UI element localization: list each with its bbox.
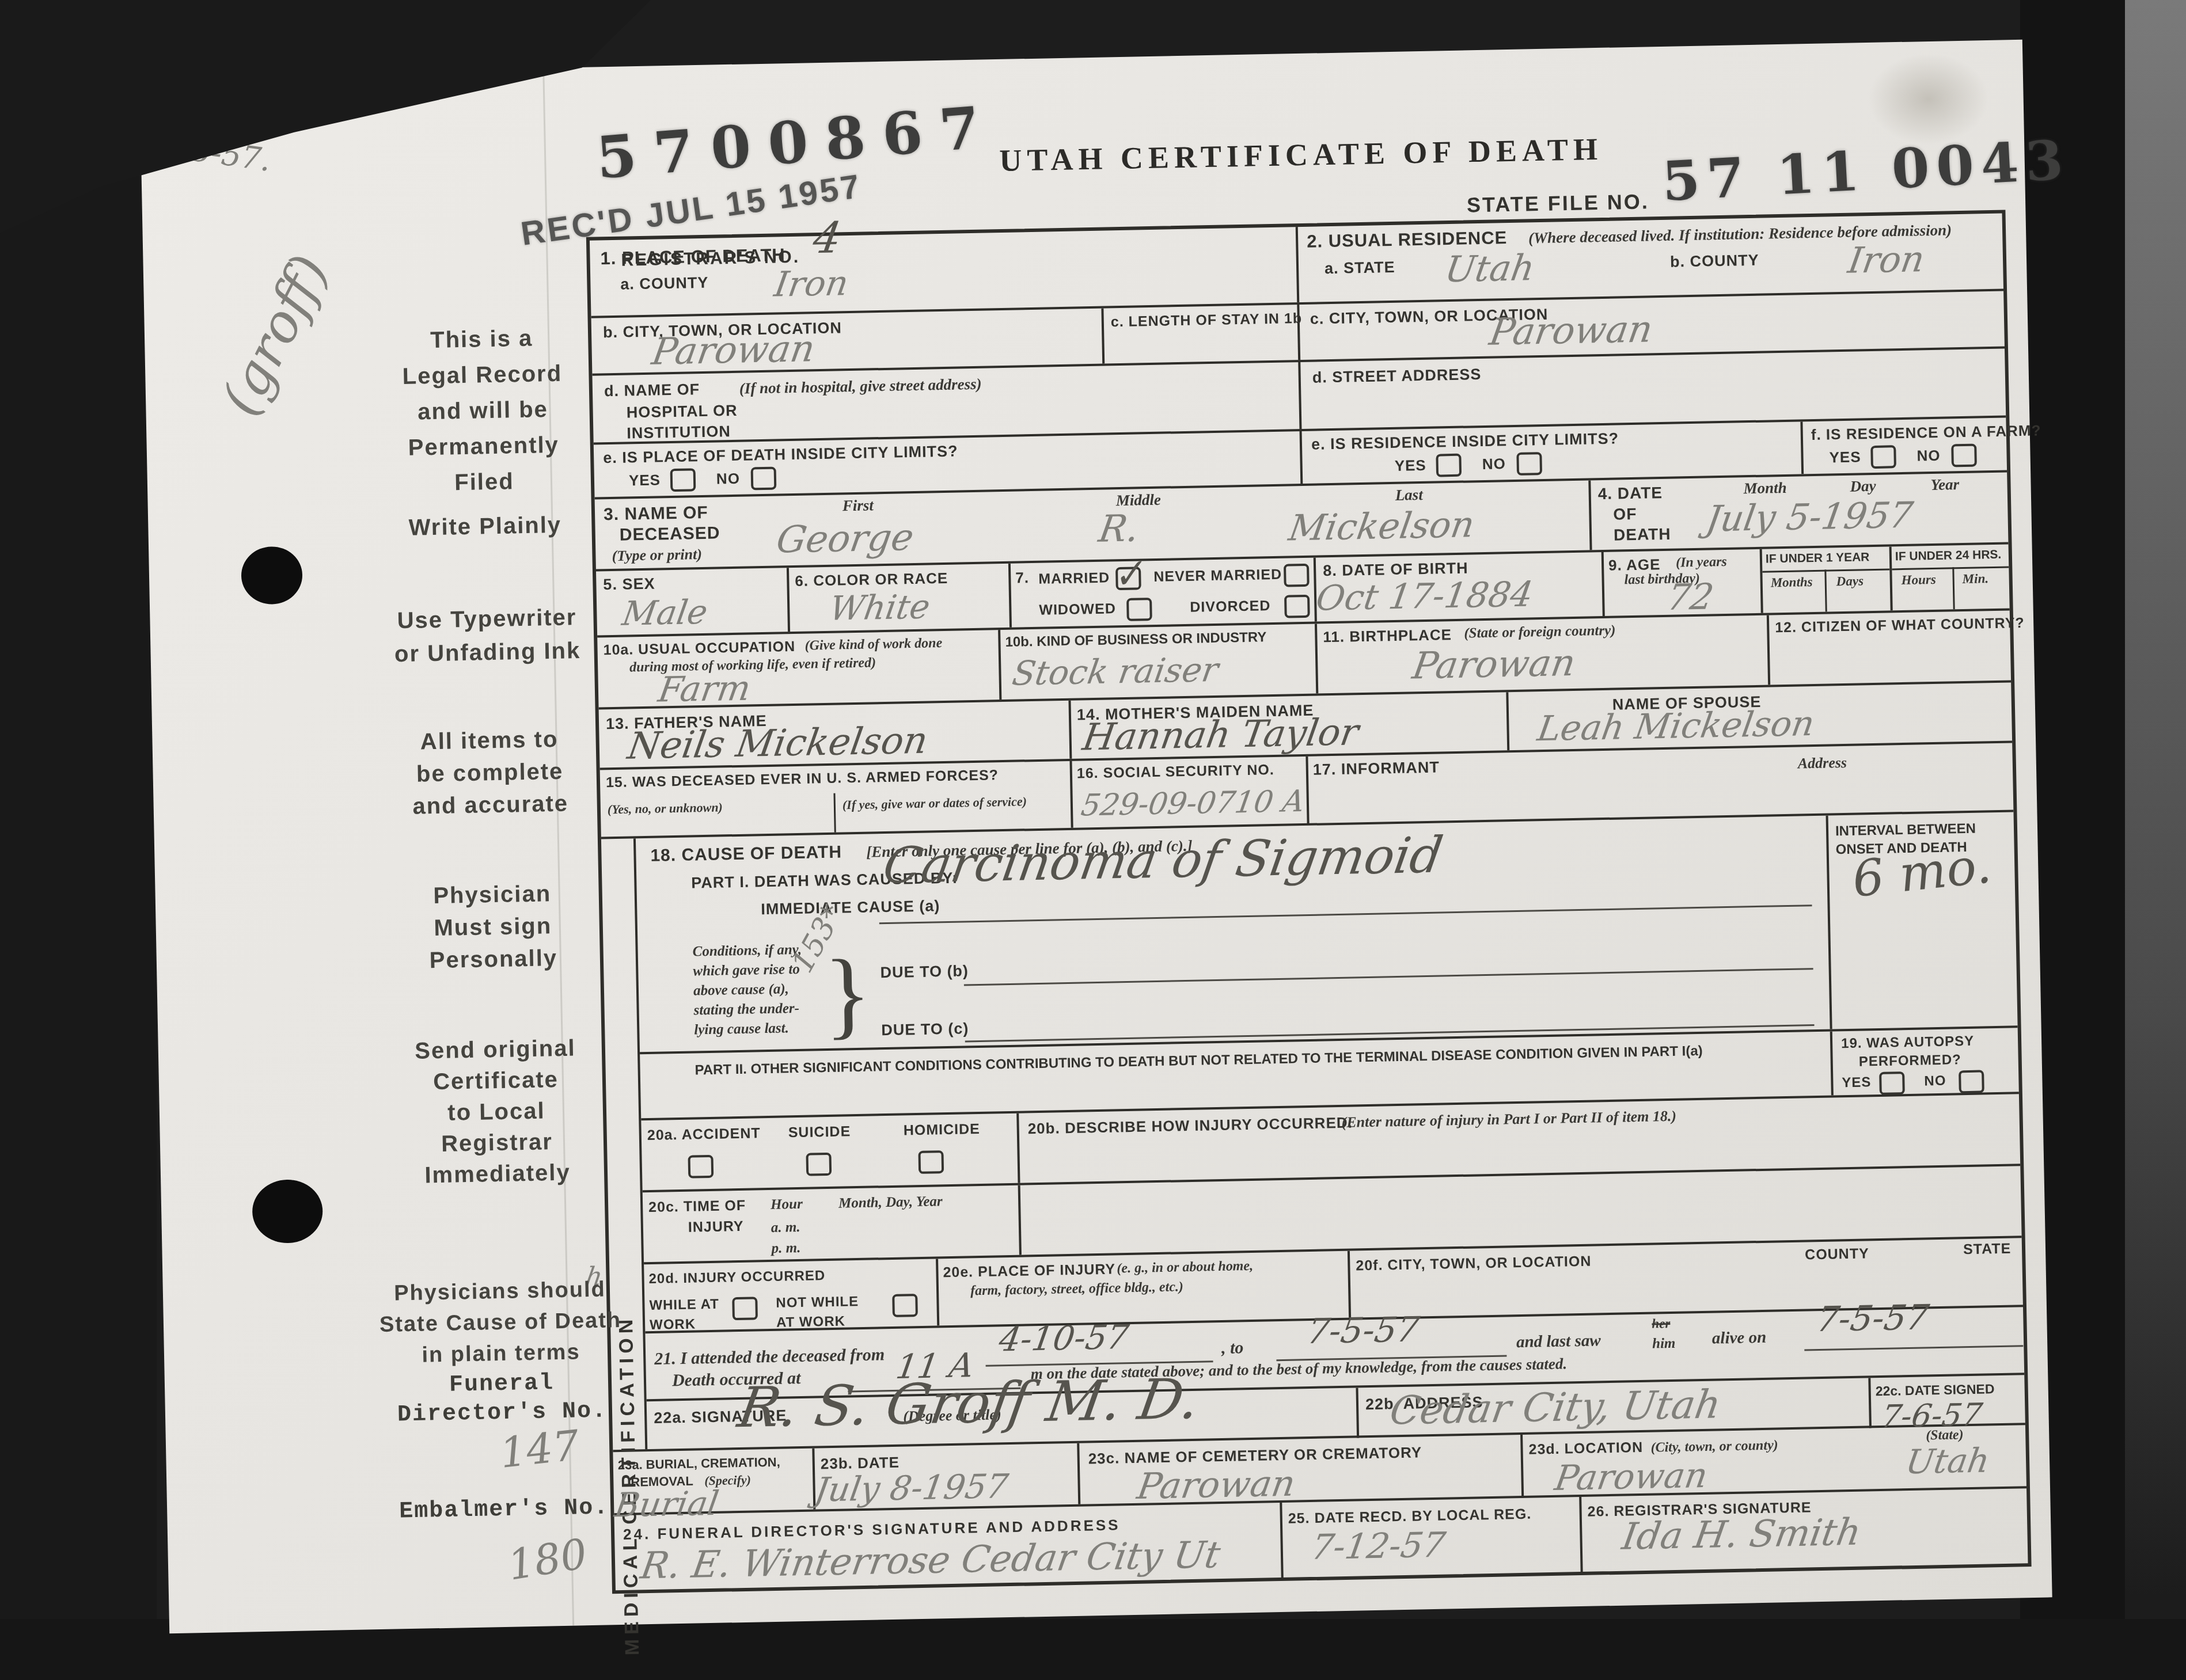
race-value: White	[827, 587, 933, 628]
length-of-stay-label: c. LENGTH OF STAY IN 1b	[1111, 310, 1303, 330]
widowed-checkbox[interactable]	[1126, 598, 1152, 621]
injury-city-label: 20f. CITY, TOWN, OR LOCATION	[1356, 1253, 1592, 1275]
length-of-stay-cell: c. LENGTH OF STAY IN 1b	[1103, 305, 1300, 364]
place-of-death-title: 1. PLACE OF DEATH	[600, 245, 785, 269]
alive-on-value: 7-5-57	[1814, 1297, 1931, 1340]
scan-right-edge-strip	[2125, 0, 2186, 1680]
place-city-cell: b. CITY, TOWN, OR LOCATION Parowan	[591, 309, 1105, 374]
registrar-signature-cell: 26. REGISTRAR'S SIGNATURE Ida H. Smith	[1581, 1488, 2028, 1572]
days-header: Days	[1836, 573, 1864, 589]
margin-write-plainly: Write Plainly	[341, 511, 629, 542]
month-day-year-header: Month, Day, Year	[838, 1194, 943, 1211]
margin-note-doctor: (groff)	[209, 245, 341, 425]
cause-line-a	[879, 904, 1812, 924]
year-header: Year	[1930, 476, 1959, 494]
spouse-cell: NAME OF SPOUSE Leah Mickelson	[1508, 682, 2012, 750]
date-of-death-value: July 5-1957	[1703, 494, 1916, 540]
place-of-injury-label: 20e. PLACE OF INJURY	[943, 1261, 1115, 1281]
cemetery-cell: 23c. NAME OF CEMETERY OR CREMATORY Parow…	[1079, 1435, 1524, 1504]
place-of-injury-note-1: (e. g., in or about home,	[1117, 1259, 1253, 1277]
place-county-value: Iron	[772, 263, 851, 305]
date-of-death-label-3: DEATH	[1614, 525, 1671, 545]
place-city-value: Parowan	[649, 328, 818, 374]
suicide-checkbox[interactable]	[806, 1153, 832, 1176]
industry-value: Stock raiser	[1009, 650, 1221, 693]
farm-yes-checkbox[interactable]	[1870, 445, 1896, 469]
margin-funeral-director-no-value: 147	[498, 1421, 582, 1477]
due-to-b-label: DUE TO (b)	[880, 962, 969, 982]
place-of-injury-note-2: farm, factory, street, office bldg., etc…	[970, 1279, 1183, 1299]
medical-certification-section: MEDICAL CERTIFICATION 18. CAUSE OF DEATH…	[601, 812, 2025, 1452]
father-name-cell: 13. FATHER'S NAME Neils Mickelson	[599, 701, 1072, 768]
autopsy-yes-label: YES	[1842, 1074, 1872, 1091]
time-of-injury-cell: 20c. TIME OF INJURY Hour Month, Day, Yea…	[643, 1185, 1022, 1263]
last-name-header: Last	[1395, 486, 1423, 504]
accident-checkbox[interactable]	[688, 1155, 714, 1179]
autopsy-cell: 19. WAS AUTOPSY PERFORMED? YES NO	[1832, 1028, 2019, 1095]
time-of-injury-label-2: INJURY	[688, 1218, 744, 1236]
age-note-1: (In years	[1676, 554, 1727, 571]
middle-name-header: Middle	[1116, 491, 1162, 510]
not-while-label-2: AT WORK	[776, 1314, 845, 1331]
residence-county-label: b. COUNTY	[1670, 252, 1759, 271]
physician-address-value: Cedar City, Utah	[1387, 1382, 1724, 1434]
under-24-divider	[1892, 566, 2009, 570]
margin-legal-record: This is a Legal Record and will be Perma…	[337, 319, 629, 503]
residence-limits-no-label: NO	[1482, 455, 1506, 473]
ssn-value: 529-09-0710 A	[1079, 784, 1307, 823]
paper-stain	[1867, 52, 1990, 146]
due-to-c-label: DUE TO (c)	[881, 1020, 969, 1039]
describe-injury-note: (Enter nature of injury in Part I or Par…	[1341, 1108, 1676, 1131]
interval-label-1: INTERVAL BETWEEN	[1835, 821, 1976, 840]
informant-label: 17. INFORMANT	[1313, 759, 1440, 779]
homicide-label: HOMICIDE	[903, 1121, 980, 1139]
burial-label-1: 23a. BURIAL, CREMATION,	[618, 1455, 780, 1473]
place-of-death-cell: 1. PLACE OF DEATH a. COUNTY Iron	[590, 227, 1299, 316]
months-days-divider	[1824, 570, 1827, 612]
autopsy-no-checkbox[interactable]	[1959, 1070, 1984, 1093]
min-header: Min.	[1962, 571, 1988, 587]
date-received-cell: 25. DATE RECD. BY LOCAL REG. 7-12-57	[1282, 1497, 1582, 1578]
burial-location-cell: 23d. LOCATION (City, town, or county) (S…	[1523, 1425, 2026, 1496]
death-limits-yes-label: YES	[629, 471, 661, 489]
homicide-checkbox[interactable]	[918, 1150, 944, 1174]
suicide-label: SUICIDE	[788, 1123, 851, 1141]
residence-state-value: Utah	[1442, 246, 1538, 290]
citizen-label: 12. CITIZEN OF WHAT COUNTRY?	[1775, 615, 2025, 636]
conditions-note-4: stating the under-	[693, 1001, 799, 1019]
citizen-cell: 12. CITIZEN OF WHAT COUNTRY?	[1769, 610, 2011, 685]
cause-of-death-cell: 18. CAUSE OF DEATH [Enter only one cause…	[636, 816, 1832, 1052]
birthplace-label: 11. BIRTHPLACE	[1323, 626, 1452, 646]
conditions-note-5: lying cause last.	[694, 1020, 789, 1038]
accident-cell: 20a. ACCIDENT SUICIDE HOMICIDE	[641, 1113, 1020, 1191]
residence-limits-yes-label: YES	[1394, 457, 1426, 475]
occupation-cell: 10a. USUAL OCCUPATION (Give kind of work…	[597, 630, 1001, 707]
cause-line-b	[964, 968, 1813, 986]
conditions-note-3: above cause (a),	[693, 981, 789, 999]
death-limits-yes-checkbox[interactable]	[670, 468, 696, 492]
punch-hole-bottom	[252, 1179, 323, 1244]
row-cause-of-death: 18. CAUSE OF DEATH [Enter only one cause…	[636, 812, 2018, 1054]
residence-city-limits-label: e. IS RESIDENCE INSIDE CITY LIMITS?	[1311, 429, 1619, 453]
conditions-note-2: which gave rise to	[693, 961, 800, 980]
am-label: a. m.	[771, 1219, 800, 1236]
death-city-limits-label: e. IS PLACE OF DEATH INSIDE CITY LIMITS?	[603, 442, 958, 467]
marital-status-cell: 7. MARRIED ✓ NEVER MARRIED WIDOWED DIVOR…	[1011, 558, 1317, 628]
margin-physician-sign: Physician Must sign Personally	[348, 876, 637, 978]
not-while-at-work-checkbox[interactable]	[892, 1294, 918, 1317]
months-header: Months	[1771, 575, 1813, 590]
while-at-work-checkbox[interactable]	[732, 1297, 758, 1320]
name-label-2: DECEASED	[619, 523, 720, 545]
scan-left-border	[0, 0, 157, 1680]
state-file-no-value: 57 11 0043	[1661, 128, 2072, 214]
registrar-signature-value: Ida H. Smith	[1619, 1511, 1864, 1559]
injury-county-label: COUNTY	[1805, 1245, 1869, 1263]
autopsy-label-2: PERFORMED?	[1858, 1052, 1961, 1070]
alive-on-text: alive on	[1712, 1328, 1767, 1348]
married-label: MARRIED	[1038, 569, 1110, 587]
if-under-1-year-cell: IF UNDER 1 YEAR Months Days	[1762, 546, 1893, 613]
if-under-24-hrs-cell: IF UNDER 24 HRS. Hours Min.	[1892, 544, 2010, 610]
street-address-label: d. STREET ADDRESS	[1312, 366, 1481, 387]
sex-label: 5. SEX	[603, 575, 655, 594]
burial-location-label: 23d. LOCATION	[1528, 1439, 1643, 1458]
residence-farm-cell: f. IS RESIDENCE ON A FARM? YES NO	[1802, 418, 2007, 474]
attended-to-text: , to	[1221, 1338, 1244, 1358]
autopsy-no-label: NO	[1924, 1073, 1946, 1090]
residence-farm-label: f. IS RESIDENCE ON A FARM?	[1811, 421, 2041, 444]
street-address-cell: d. STREET ADDRESS	[1300, 349, 2006, 429]
day-header: Day	[1850, 477, 1876, 496]
armed-forces-divider	[833, 793, 836, 833]
attended-to-value: 7-5-57	[1304, 1309, 1422, 1352]
margin-use-typewriter: Use Typewriter or Unfading Ink	[343, 599, 632, 672]
residence-state-label: a. STATE	[1324, 259, 1395, 278]
industry-cell: 10b. KIND OF BUSINESS OR INDUSTRY Stock …	[1000, 624, 1318, 700]
last-saw-text: and last saw	[1516, 1331, 1601, 1352]
cemetery-value: Parowan	[1134, 1462, 1298, 1507]
place-county-label: a. COUNTY	[620, 274, 709, 294]
first-name-value: George	[773, 516, 917, 562]
occupation-label: 10a. USUAL OCCUPATION	[603, 638, 795, 659]
certificate-title: UTAH CERTIFICATE OF DEATH	[999, 131, 1603, 178]
attended-pre-text: 21. I attended the deceased from	[654, 1345, 885, 1369]
armed-forces-label: 15. WAS DECEASED EVER IN U. S. ARMED FOR…	[606, 767, 999, 791]
certificate-paper: 11 A M 7-5-57. (groff) This is a Legal R…	[139, 40, 2052, 1633]
not-while-label-1: NOT WHILE	[776, 1294, 859, 1312]
residence-city-value: Parowan	[1487, 308, 1656, 354]
margin-send-original: Send original Certificate to Local Regis…	[351, 1031, 642, 1192]
injury-occurred-label: 20d. INJURY OCCURRED	[648, 1268, 825, 1287]
hour-header: Hour	[771, 1196, 803, 1213]
name-note: (Type or print)	[612, 546, 702, 565]
birthplace-cell: 11. BIRTHPLACE (State or foreign country…	[1317, 615, 1770, 693]
occupation-value: Farm	[655, 668, 753, 710]
residence-city-limits-cell: e. IS RESIDENCE INSIDE CITY LIMITS? YES …	[1302, 421, 1804, 484]
cause-of-death-label: 18. CAUSE OF DEATH	[650, 842, 842, 865]
conditions-brace: }	[823, 938, 872, 1051]
date-signed-cell: 22c. DATE SIGNED 7-6-57	[1870, 1375, 2025, 1428]
burial-state-value: Utah	[1903, 1440, 1993, 1481]
birthplace-value: Parowan	[1410, 642, 1578, 688]
age-value: 72	[1664, 575, 1716, 618]
immediate-cause-label: IMMEDIATE CAUSE (a)	[761, 897, 940, 918]
punch-hole-top	[241, 546, 303, 605]
margin-embalmer-no-value: 180	[504, 1529, 590, 1590]
divorced-label: DIVORCED	[1190, 598, 1270, 616]
date-of-death-label-2: OF	[1613, 505, 1637, 524]
date-of-birth-value: Oct 17-1884	[1314, 574, 1536, 618]
death-limits-no-checkbox[interactable]	[751, 467, 777, 491]
death-limits-no-label: NO	[716, 470, 741, 488]
burial-location-note: (City, town, or county)	[1650, 1438, 1778, 1455]
immediate-cause-value: Carcinoma of Sigmoid	[879, 826, 1447, 895]
ssn-cell: 16. SOCIAL SECURITY NO. 529-09-0710 A	[1072, 757, 1309, 828]
her-word: her	[1652, 1316, 1670, 1332]
spouse-address-label: Address	[1798, 754, 1847, 773]
accident-label: 20a. ACCIDENT	[647, 1125, 761, 1144]
burial-date-cell: 23b. DATE July 8-1957	[814, 1443, 1080, 1510]
hours-header: Hours	[1901, 572, 1936, 588]
margin-embalmer-no-label: Embalmer's No.	[360, 1494, 648, 1526]
farm-no-checkbox[interactable]	[1951, 444, 1977, 467]
divorced-checkbox[interactable]	[1284, 595, 1310, 618]
burial-location-value: Parowan	[1552, 1455, 1710, 1499]
interval-cell: INTERVAL BETWEEN ONSET AND DEATH 6 mo.	[1828, 812, 2018, 1029]
attended-from-value: 4-10-57	[996, 1317, 1131, 1359]
mother-name-value: Hannah Taylor	[1080, 711, 1361, 759]
race-cell: 6. COLOR OR RACE White	[789, 564, 1012, 632]
hospital-note: (If not in hospital, give street address…	[739, 375, 982, 398]
usual-residence-cell: 2. USUAL RESIDENCE (Where deceased lived…	[1298, 214, 2003, 302]
residence-limits-no-checkbox[interactable]	[1516, 452, 1542, 476]
certificate-form: 1. PLACE OF DEATH a. COUNTY Iron 2. USUA…	[586, 210, 2032, 1594]
microfilm-scan: 11 A M 7-5-57. (groff) This is a Legal R…	[0, 0, 2186, 1680]
autopsy-label-1: 19. WAS AUTOPSY	[1841, 1033, 1975, 1052]
date-of-birth-cell: 8. DATE OF BIRTH Oct 17-1884	[1316, 552, 1605, 622]
state-file-no-label: STATE FILE NO.	[1467, 189, 1649, 217]
hospital-label-3: INSTITUTION	[627, 423, 731, 442]
date-received-value: 7-12-57	[1308, 1525, 1448, 1568]
him-word: him	[1652, 1336, 1676, 1352]
never-married-label: NEVER MARRIED	[1153, 567, 1282, 586]
injury-state-label: STATE	[1963, 1241, 2012, 1259]
residence-limits-yes-checkbox[interactable]	[1436, 454, 1462, 477]
hospital-cell: d. NAME OF (If not in hospital, give str…	[592, 362, 1301, 443]
date-signed-value: 7-6-57	[1879, 1397, 1985, 1435]
funeral-director-value: R. E. Winterrose Cedar City Ut	[637, 1534, 1223, 1588]
father-name-value: Neils Mickelson	[625, 719, 931, 767]
armed-forces-note-2: (If yes, give war or dates of service)	[842, 794, 1027, 812]
place-of-injury-cell: 20e. PLACE OF INJURY (e. g., in or about…	[938, 1251, 1351, 1326]
physician-address-cell: 22b. ADDRESS Cedar City, Utah	[1358, 1378, 1872, 1438]
spouse-value: Leah Mickelson	[1535, 704, 1817, 749]
armed-forces-cell: 15. WAS DECEASED EVER IN U. S. ARMED FOR…	[600, 761, 1073, 837]
hospital-label-2: HOSPITAL OR	[626, 402, 738, 422]
informant-cell: 17. INFORMANT Address	[1308, 743, 2013, 823]
margin-all-items: All items to be complete and accurate	[345, 721, 635, 824]
first-name-header: First	[842, 496, 874, 515]
sex-value: Male	[620, 592, 710, 633]
occupation-note-1: (Give kind of work done	[804, 636, 942, 654]
married-checkmark: ✓	[1109, 550, 1148, 599]
burial-date-value: July 8-1957	[812, 1466, 1011, 1510]
injury-occurred-cell: 20d. INJURY OCCURRED WHILE AT WORK NOT W…	[644, 1259, 939, 1331]
age-cell: 9. AGE (In years last birthday) 72	[1604, 549, 1763, 616]
last-name-value: Mickelson	[1286, 503, 1478, 549]
middle-name-value: R.	[1096, 507, 1142, 551]
describe-injury-label: 20b. DESCRIBE HOW INJURY OCCURRED.	[1027, 1114, 1353, 1138]
month-header: Month	[1743, 479, 1787, 497]
birthplace-note: (State or foreign country)	[1464, 623, 1616, 642]
marital-num: 7.	[1015, 569, 1029, 587]
alive-on-line	[1804, 1345, 2023, 1351]
ssn-label: 16. SOCIAL SECURITY NO.	[1077, 762, 1274, 782]
signature-value: R. S. Groff M. D.	[734, 1367, 1204, 1440]
date-received-label: 25. DATE RECD. BY LOCAL REG.	[1288, 1506, 1532, 1527]
under-24-hrs-label: IF UNDER 24 HRS.	[1895, 548, 2002, 564]
under-1-year-label: IF UNDER 1 YEAR	[1766, 550, 1870, 566]
autopsy-yes-checkbox[interactable]	[1879, 1071, 1905, 1095]
never-married-checkbox[interactable]	[1284, 564, 1310, 587]
time-of-injury-label-1: 20c. TIME OF	[648, 1198, 746, 1216]
residence-county-value: Iron	[1845, 238, 1927, 282]
farm-no-label: NO	[1916, 447, 1941, 465]
date-of-death-label-1: 4. DATE	[1597, 484, 1663, 503]
margin-funeral-director-no-label: Funeral Director's No.	[358, 1367, 647, 1431]
pm-label: p. m.	[771, 1240, 800, 1257]
date-of-death-cell: 4. DATE OF DEATH Month Day Year July 5-1…	[1591, 473, 2008, 550]
mother-name-cell: 14. MOTHER'S MAIDEN NAME Hannah Taylor	[1071, 692, 1509, 759]
industry-label: 10b. KIND OF BUSINESS OR INDUSTRY	[1005, 629, 1266, 651]
farm-yes-label: YES	[1829, 448, 1861, 466]
margin-plain-terms: Physicians should State Cause of Death i…	[339, 1273, 663, 1373]
hours-min-divider	[1952, 567, 1955, 609]
conditions-note-1: Conditions, if any,	[692, 942, 802, 960]
widowed-label: WIDOWED	[1039, 600, 1116, 619]
